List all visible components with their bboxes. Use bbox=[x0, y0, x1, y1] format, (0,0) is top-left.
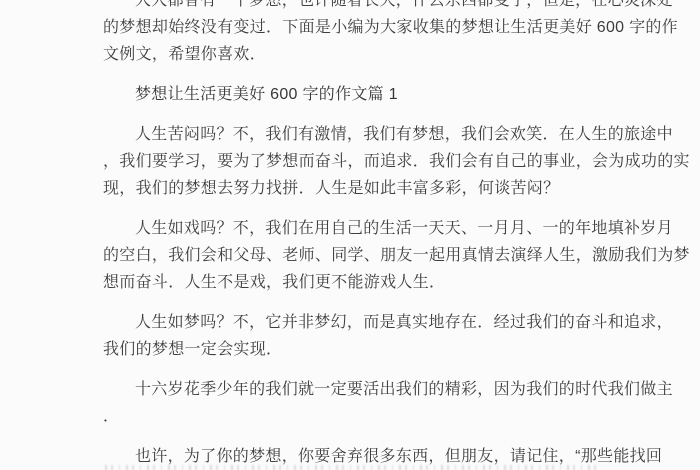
text-line: 的梦想却始终没有变过．下面是小编为大家收集的梦想让生活更美好 600 字的作 bbox=[103, 14, 603, 41]
text-line: ，我们要学习，要为了梦想而奋斗，而追求．我们会有自己的事业，会为成功的实 bbox=[103, 148, 603, 175]
essay-page: 人人都曾有一个梦想，也许随着长大，什么东西都变了，但是，在心灵深处的梦想却始终没… bbox=[0, 0, 700, 470]
text-line: 人生如梦吗？不，它并非梦幻，而是真实地存在．经过我们的奋斗和追求， bbox=[103, 309, 603, 336]
cutoff-text-sliver bbox=[105, 465, 597, 470]
text-line: 现，我们的梦想去努力找拼．人生是如此丰富多彩，何谈苦闷？ bbox=[103, 175, 603, 202]
text-line: 人生如戏吗？不，我们在用自己的生活一天天、一月月、一的年地填补岁月 bbox=[103, 215, 603, 242]
document-body: 人人都曾有一个梦想，也许随着长大，什么东西都变了，但是，在心灵深处的梦想却始终没… bbox=[103, 0, 603, 470]
text-line: ． bbox=[103, 403, 603, 430]
text-line: 的空白，我们会和父母、老师、同学、朋友一起用真情去演绎人生，激励我们为梦 bbox=[103, 242, 603, 269]
essay-heading: 梦想让生活更美好 600 字的作文篇 1 bbox=[103, 81, 603, 108]
text-line: 想而奋斗．人生不是戏，我们更不能游戏人生． bbox=[103, 269, 603, 296]
text-line: 人生苦闷吗？不，我们有激情，我们有梦想，我们会欢笑．在人生的旅途中 bbox=[103, 121, 603, 148]
text-line: 十六岁花季少年的我们就一定要活出我们的精彩，因为我们的时代我们做主 bbox=[103, 376, 603, 403]
text-line: 人人都曾有一个梦想，也许随着长大，什么东西都变了，但是，在心灵深处 bbox=[103, 0, 603, 14]
text-line: 我们的梦想一定会实现． bbox=[103, 336, 603, 363]
text-line: 文例文，希望你喜欢． bbox=[103, 41, 603, 68]
